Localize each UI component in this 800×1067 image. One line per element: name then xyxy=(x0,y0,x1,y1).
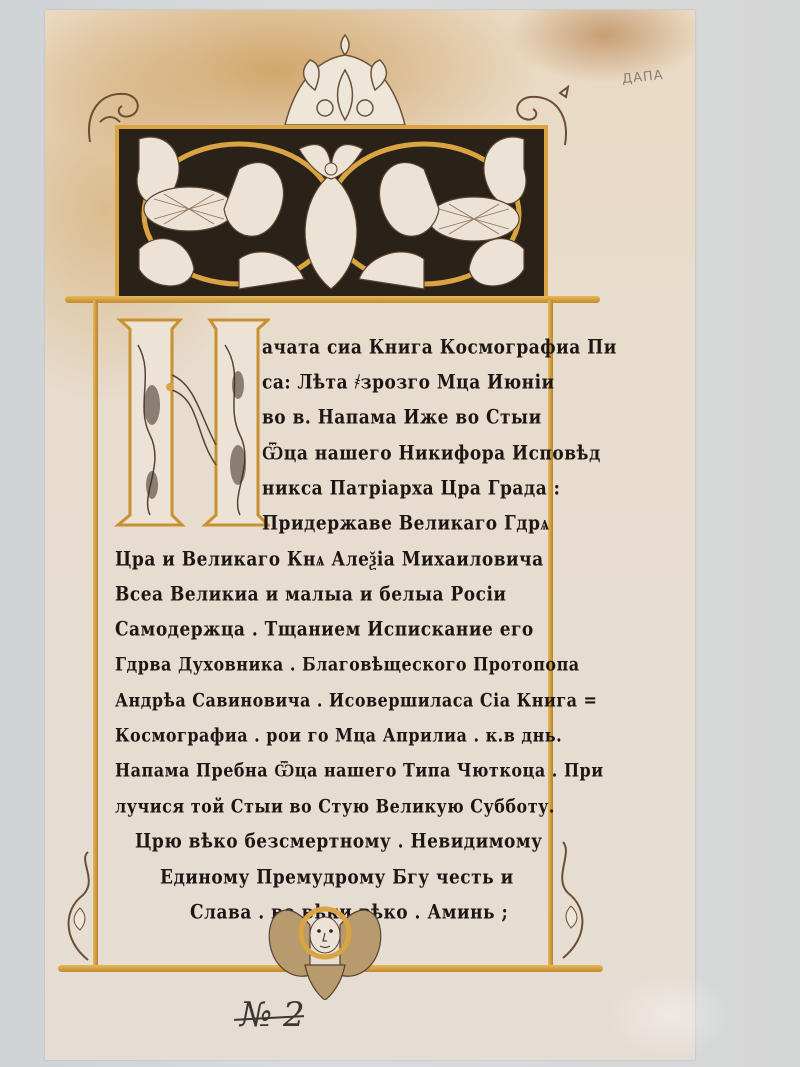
text-line: Самодержца . Тщанием Испискание его xyxy=(115,618,534,641)
text-line: Ѿца нашего Никифора Исповѣд xyxy=(262,442,601,465)
text-line: Космографиа . рои го Мца Априлиа . к.в д… xyxy=(115,724,562,746)
text-line: Напама Пребна Ѿца нашего Типа Чюткоца . … xyxy=(115,759,604,782)
text-line: ачата сиа Книга Космографиа Пи xyxy=(262,336,617,359)
folio-number: № 2 xyxy=(240,995,305,1035)
right-bottom-flourish-icon xyxy=(553,838,593,965)
headpiece-ornament xyxy=(115,125,548,300)
left-bottom-flourish-icon xyxy=(58,850,98,965)
text-line: Всеа Великиа и малыа и белыа Росiи xyxy=(115,583,507,606)
text-line: Црю вѣко безсмертному . Невидимому xyxy=(135,830,543,853)
illuminated-initial-n-icon xyxy=(110,315,270,530)
text-line: во в. Напама Иже во Стыи xyxy=(262,406,542,429)
foliage-scroll-icon xyxy=(119,129,544,296)
text-line: Цра и Великаго Кнѧ Алеѯiа Михаиловича xyxy=(115,548,544,571)
text-line: никса Патрiарха Цра Града : xyxy=(262,477,560,500)
crest-ornament-icon xyxy=(275,30,415,130)
text-line: Придержаве Великаго Гдрѧ xyxy=(262,512,550,535)
text-line: лучися той Стыи во Стую Великую Субботу. xyxy=(115,795,555,817)
headpiece-base-rod xyxy=(65,296,600,303)
angel-head-ornament-icon xyxy=(265,895,385,1000)
text-line: Андрѣа Савиновича . Исовершиласа Сiа Кни… xyxy=(115,689,597,711)
text-line: Единому Премудрому Бгу честь и xyxy=(160,866,514,889)
photo-glare xyxy=(605,970,735,1060)
text-line: са: Лѣта ҂зрозго Мца Июнiи xyxy=(262,371,555,394)
text-line: Гдрва Духовника . Благовѣщеского Протопо… xyxy=(115,653,580,675)
